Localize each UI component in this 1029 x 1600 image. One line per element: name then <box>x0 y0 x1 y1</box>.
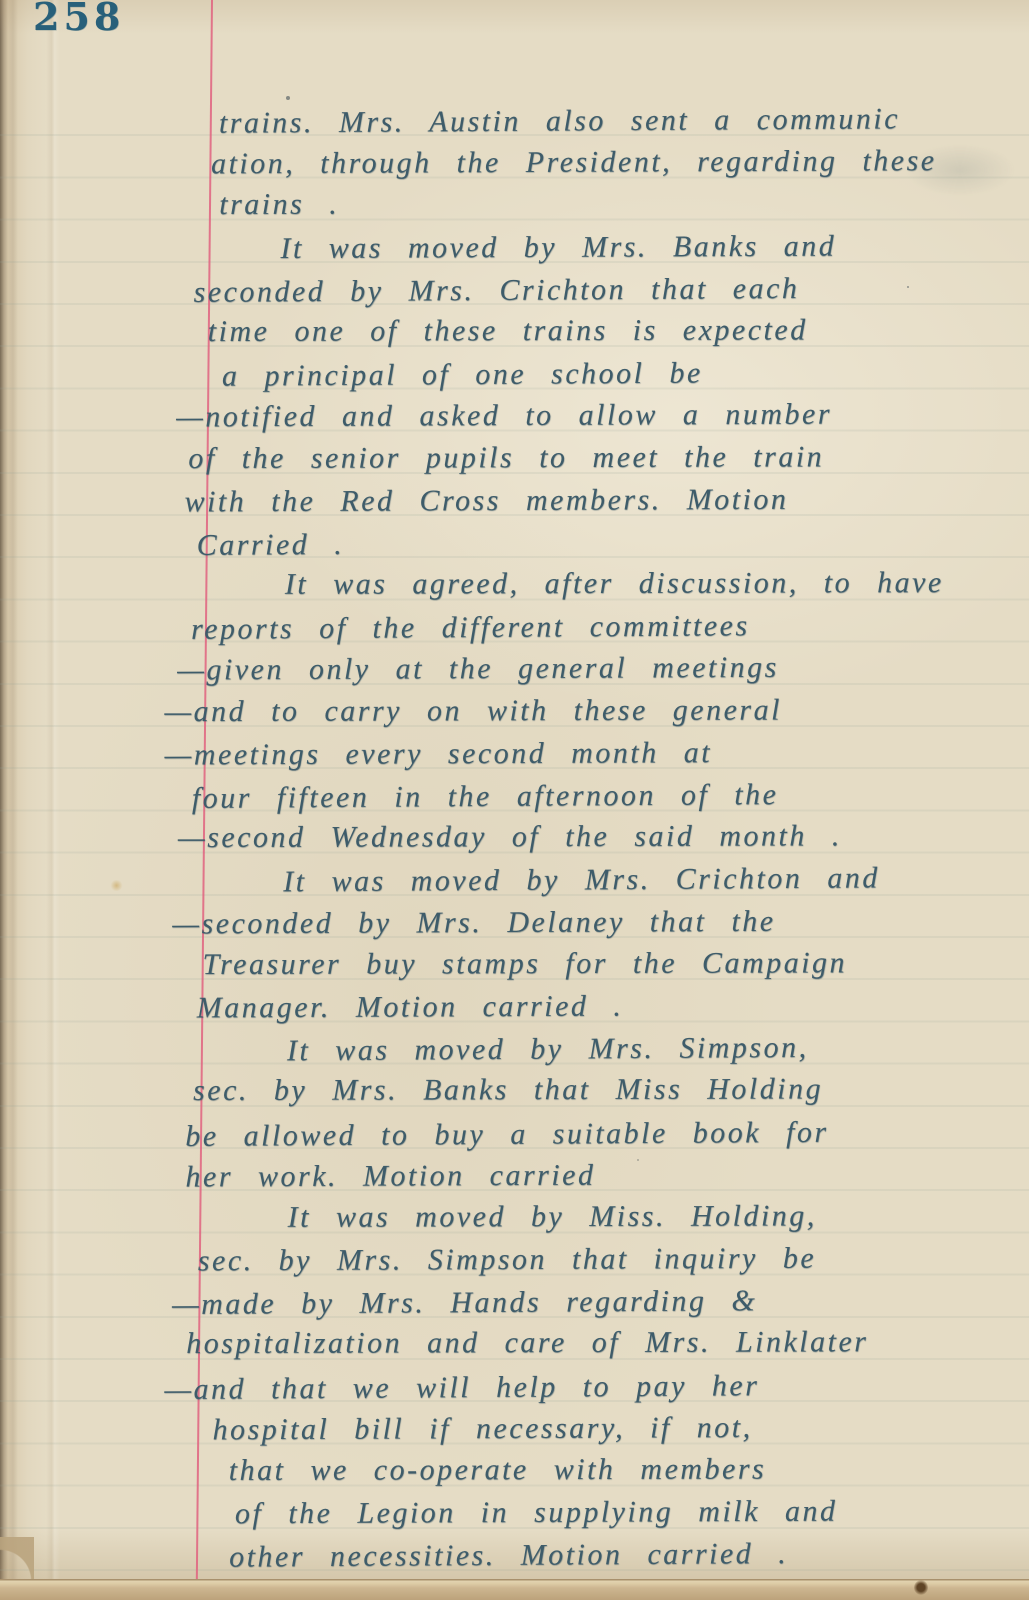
manuscript-line: of the Legion in supplying milk and <box>3 1490 1029 1537</box>
manuscript-line: —and to carry on with these general <box>0 688 1028 733</box>
page-number: 258 <box>33 0 124 39</box>
manuscript-line: with the Red Cross members. Motion <box>0 477 1028 524</box>
manuscript-line: sec. by Mrs. Simpson that inquiry be <box>2 1237 1029 1284</box>
manuscript-line: trains . <box>0 182 1026 227</box>
manuscript-line: ation, through the President, regarding … <box>0 140 1026 187</box>
manuscript-line: sec. by Mrs. Banks that Miss Holding <box>1 1068 1029 1113</box>
manuscript-line: time one of these trains is expected <box>0 309 1027 354</box>
manuscript-line: Manager. Motion carried . <box>1 984 1029 1031</box>
manuscript-line: seconded by Mrs. Crichton that each <box>0 266 1027 315</box>
manuscript-line: —and that we will help to pay her <box>2 1363 1029 1412</box>
page-corner-curl <box>0 1537 34 1581</box>
manuscript-line: four fifteen in the afternoon of the <box>0 772 1029 821</box>
manuscript-line: It was moved by Miss. Holding, <box>2 1195 1029 1240</box>
manuscript-line: be allowed to buy a suitable book for <box>1 1110 1029 1159</box>
manuscript-line: a principal of one school be <box>0 351 1027 400</box>
manuscript-line: It was moved by Mrs. Banks and <box>0 224 1027 271</box>
manuscript-line: It was moved by Mrs. Crichton and <box>0 857 1029 906</box>
manuscript-line: hospitalization and care of Mrs. Linklat… <box>2 1321 1029 1366</box>
manuscript-line: reports of the different committees <box>0 604 1028 653</box>
manuscript-line: that we co-operate with members <box>3 1448 1029 1493</box>
manuscript-line: Treasurer buy stamps for the Campaign <box>0 942 1029 987</box>
book-bottom-edge <box>0 1579 1029 1600</box>
manuscript-line: —notified and asked to allow a number <box>0 393 1027 440</box>
manuscript-line: It was agreed, after discussion, to have <box>0 562 1028 607</box>
manuscript-line: trains. Mrs. Austin also sent a communic <box>0 97 1026 146</box>
paper-specks <box>286 96 290 100</box>
manuscript-line: —made by Mrs. Hands regarding & <box>2 1279 1029 1328</box>
manuscript-line: Carried . <box>0 519 1028 568</box>
manuscript-line: her work. Motion carried <box>1 1152 1029 1199</box>
manuscript-text: trains. Mrs. Austin also sent a communic… <box>0 98 1029 1579</box>
brown-speck <box>914 1580 928 1595</box>
manuscript-line: of the senior pupils to meet the train <box>0 435 1027 480</box>
manuscript-line: —seconded by Mrs. Delaney that the <box>0 899 1029 946</box>
manuscript-line: —given only at the general meetings <box>0 646 1028 693</box>
manuscript-line: hospital bill if necessary, if not, <box>2 1406 1029 1453</box>
manuscript-line: —meetings every second month at <box>0 731 1029 778</box>
manuscript-line: It was moved by Mrs. Simpson, <box>1 1026 1029 1075</box>
manuscript-line: other necessities. Motion carried . <box>3 1532 1029 1581</box>
manuscript-line: —second Wednesday of the said month . <box>0 815 1029 860</box>
minutes-book-page: 258 trains. Mrs. Austin also sent a comm… <box>0 0 1029 1600</box>
